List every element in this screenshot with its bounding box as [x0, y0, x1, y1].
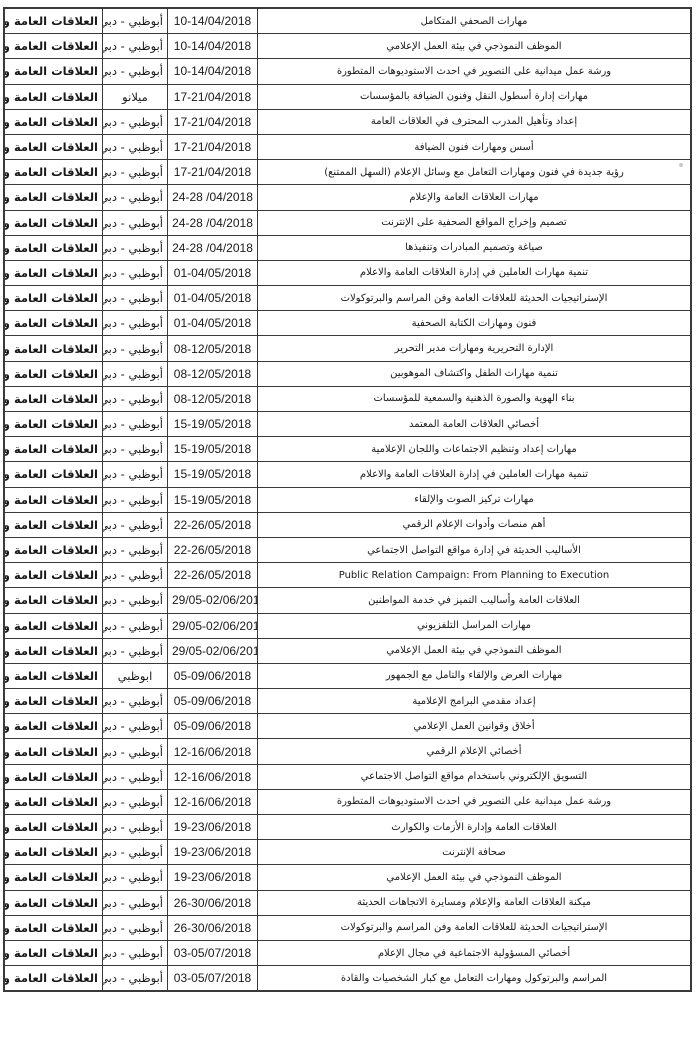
date-cell: 15-19/05/2018: [168, 462, 258, 487]
table-row: العلاقات العامة والإعلامأبوظبي - دبي15-1…: [4, 412, 691, 437]
course-title-cell: أخصائي العلاقات العامة المعتمد: [258, 412, 692, 437]
category-cell: العلاقات العامة والإعلام: [4, 613, 103, 638]
date-cell: 05-09/06/2018: [168, 663, 258, 688]
category-cell: العلاقات العامة والإعلام: [4, 361, 103, 386]
course-schedule-table: العلاقات العامة والإعلامأبوظبي - دبي10-1…: [3, 7, 692, 992]
table-row: العلاقات العامة والإعلامأبوظبي - دبي03-0…: [4, 940, 691, 965]
course-title-cell: مهارات إعداد وتنظيم الاجتماعات واللجان ا…: [258, 437, 692, 462]
table-row: العلاقات العامة والإعلامأبوظبي - دبي19-2…: [4, 815, 691, 840]
date-cell: 12-16/06/2018: [168, 764, 258, 789]
location-cell: أبوظبي - دبي: [103, 638, 168, 663]
location-cell: أبوظبي - دبي: [103, 613, 168, 638]
date-cell: 05-09/06/2018: [168, 714, 258, 739]
course-title-cell: أخلاق وقوانين العمل الإعلامي: [258, 714, 692, 739]
schedule-sheet: العلاقات العامة والإعلامأبوظبي - دبي10-1…: [3, 7, 692, 992]
category-cell: العلاقات العامة والإعلام: [4, 940, 103, 965]
location-cell: أبوظبي - دبي: [103, 59, 168, 84]
course-title-cell: العلاقات العامة وأساليب التميز في خدمة ا…: [258, 588, 692, 613]
category-cell: العلاقات العامة والإعلام: [4, 412, 103, 437]
category-cell: العلاقات العامة والإعلام: [4, 487, 103, 512]
date-cell: 17-21/04/2018: [168, 84, 258, 109]
category-cell: العلاقات العامة والإعلام: [4, 84, 103, 109]
course-title-cell: صياغة وتصميم المبادرات وتنفيذها: [258, 235, 692, 260]
location-cell: أبوظبي - دبي: [103, 210, 168, 235]
category-cell: العلاقات العامة والإعلام: [4, 764, 103, 789]
course-title-cell: الإستراتيجيات الحديثة للعلاقات العامة وف…: [258, 915, 692, 940]
table-row: العلاقات العامة والإعلامأبوظبي - دبي05-0…: [4, 714, 691, 739]
course-title-cell: مهارات الصحفي المتكامل: [258, 8, 692, 34]
table-row: العلاقات العامة والإعلامأبوظبي - دبي17-2…: [4, 160, 691, 185]
course-title-cell: أهم منصات وأدوات الإعلام الرقمي: [258, 512, 692, 537]
category-cell: العلاقات العامة والإعلام: [4, 512, 103, 537]
table-row: العلاقات العامة والإعلامأبوظبي - دبي17-2…: [4, 109, 691, 134]
date-cell: 15-19/05/2018: [168, 487, 258, 512]
date-cell: 24-28 /04/2018: [168, 210, 258, 235]
course-title-cell: مهارات المراسل التلفزيوني: [258, 613, 692, 638]
location-cell: أبوظبي - دبي: [103, 109, 168, 134]
date-cell: 17-21/04/2018: [168, 160, 258, 185]
category-cell: العلاقات العامة والإعلام: [4, 840, 103, 865]
location-cell: أبوظبي - دبي: [103, 437, 168, 462]
date-cell: 19-23/06/2018: [168, 815, 258, 840]
category-cell: العلاقات العامة والإعلام: [4, 966, 103, 992]
date-cell: 29/05-02/06/2018: [168, 638, 258, 663]
category-cell: العلاقات العامة والإعلام: [4, 59, 103, 84]
course-title-cell: صحافة الإنترنت: [258, 840, 692, 865]
table-row: العلاقات العامة والإعلامأبوظبي - دبي24-2…: [4, 185, 691, 210]
table-row: العلاقات العامة والإعلامأبوظبي - دبي29/0…: [4, 638, 691, 663]
date-cell: 08-12/05/2018: [168, 336, 258, 361]
location-cell: أبوظبي - دبي: [103, 890, 168, 915]
location-cell: أبوظبي - دبي: [103, 235, 168, 260]
location-cell: أبوظبي - دبي: [103, 537, 168, 562]
table-row: العلاقات العامة والإعلامأبوظبي - دبي12-1…: [4, 764, 691, 789]
category-cell: العلاقات العامة والإعلام: [4, 210, 103, 235]
course-title-cell: ميكنة العلاقات العامة والإعلام ومسايرة ا…: [258, 890, 692, 915]
course-title-cell: مهارات العرض والإلقاء والتامل مع الجمهور: [258, 663, 692, 688]
date-cell: 01-04/05/2018: [168, 286, 258, 311]
category-cell: العلاقات العامة والإعلام: [4, 286, 103, 311]
category-cell: العلاقات العامة والإعلام: [4, 638, 103, 663]
location-cell: أبوظبي - دبي: [103, 386, 168, 411]
date-cell: 12-16/06/2018: [168, 739, 258, 764]
table-row: العلاقات العامة والإعلامأبوظبي - دبي10-1…: [4, 8, 691, 34]
course-title-cell: ورشة عمل ميدانية على التصوير في احدث الا…: [258, 789, 692, 814]
table-row: العلاقات العامة والإعلامأبوظبي - دبي22-2…: [4, 512, 691, 537]
location-cell: أبوظبي - دبي: [103, 336, 168, 361]
date-cell: 05-09/06/2018: [168, 689, 258, 714]
course-title-cell: تنمية مهارات الطفل واكتشاف الموهوبين: [258, 361, 692, 386]
table-row: العلاقات العامة والإعلامأبوظبي - دبي01-0…: [4, 311, 691, 336]
date-cell: 03-05/07/2018: [168, 966, 258, 992]
table-row: العلاقات العامة والإعلامميلانو17-21/04/2…: [4, 84, 691, 109]
date-cell: 24-28 /04/2018: [168, 235, 258, 260]
date-cell: 19-23/06/2018: [168, 865, 258, 890]
category-cell: العلاقات العامة والإعلام: [4, 437, 103, 462]
course-title-cell: مهارات إدارة أسطول النقل وفنون الضيافة ب…: [258, 84, 692, 109]
course-title-cell: أسس ومهارات فنون الضيافة: [258, 134, 692, 159]
category-cell: العلاقات العامة والإعلام: [4, 689, 103, 714]
category-cell: العلاقات العامة والإعلام: [4, 109, 103, 134]
category-cell: العلاقات العامة والإعلام: [4, 185, 103, 210]
table-row: العلاقات العامة والإعلامأبوظبي - دبي26-3…: [4, 890, 691, 915]
location-cell: أبوظبي - دبي: [103, 689, 168, 714]
date-cell: 08-12/05/2018: [168, 386, 258, 411]
location-cell: أبوظبي - دبي: [103, 286, 168, 311]
category-cell: العلاقات العامة والإعلام: [4, 8, 103, 34]
category-cell: العلاقات العامة والإعلام: [4, 235, 103, 260]
category-cell: العلاقات العامة والإعلام: [4, 160, 103, 185]
course-title-cell: فنون ومهارات الكتابة الصحفية: [258, 311, 692, 336]
category-cell: العلاقات العامة والإعلام: [4, 915, 103, 940]
date-cell: 22-26/05/2018: [168, 563, 258, 588]
date-cell: 01-04/05/2018: [168, 260, 258, 285]
table-row: العلاقات العامة والإعلامأبوظبي - دبي17-2…: [4, 134, 691, 159]
table-row: العلاقات العامة والإعلامابوظبي05-09/06/2…: [4, 663, 691, 688]
date-cell: 10-14/04/2018: [168, 34, 258, 59]
category-cell: العلاقات العامة والإعلام: [4, 462, 103, 487]
course-title-cell: الأساليب الحديثة في إدارة مواقع التواصل …: [258, 537, 692, 562]
category-cell: العلاقات العامة والإعلام: [4, 815, 103, 840]
location-cell: أبوظبي - دبي: [103, 8, 168, 34]
category-cell: العلاقات العامة والإعلام: [4, 386, 103, 411]
table-row: العلاقات العامة والإعلامأبوظبي - دبي15-1…: [4, 487, 691, 512]
date-cell: 22-26/05/2018: [168, 512, 258, 537]
table-row: العلاقات العامة والإعلامأبوظبي - دبي22-2…: [4, 563, 691, 588]
table-row: العلاقات العامة والإعلامأبوظبي - دبي08-1…: [4, 336, 691, 361]
table-row: العلاقات العامة والإعلامأبوظبي - دبي19-2…: [4, 865, 691, 890]
table-row: العلاقات العامة والإعلامأبوظبي - دبي12-1…: [4, 739, 691, 764]
location-cell: أبوظبي - دبي: [103, 764, 168, 789]
course-title-cell: مهارات العلاقات العامة والإعلام: [258, 185, 692, 210]
location-cell: أبوظبي - دبي: [103, 840, 168, 865]
date-cell: 01-04/05/2018: [168, 311, 258, 336]
table-row: العلاقات العامة والإعلامأبوظبي - دبي29/0…: [4, 613, 691, 638]
location-cell: أبوظبي - دبي: [103, 739, 168, 764]
location-cell: أبوظبي - دبي: [103, 512, 168, 537]
category-cell: العلاقات العامة والإعلام: [4, 714, 103, 739]
location-cell: أبوظبي - دبي: [103, 361, 168, 386]
course-title-cell: الموظف النموذجي في بيئة العمل الإعلامي: [258, 34, 692, 59]
date-cell: 03-05/07/2018: [168, 940, 258, 965]
date-cell: 17-21/04/2018: [168, 109, 258, 134]
location-cell: أبوظبي - دبي: [103, 966, 168, 992]
table-row: العلاقات العامة والإعلامأبوظبي - دبي15-1…: [4, 462, 691, 487]
location-cell: أبوظبي - دبي: [103, 134, 168, 159]
date-cell: 12-16/06/2018: [168, 789, 258, 814]
course-title-cell: رؤية جديدة في فنون ومهارات التعامل مع وس…: [258, 160, 692, 185]
category-cell: العلاقات العامة والإعلام: [4, 34, 103, 59]
table-row: العلاقات العامة والإعلامأبوظبي - دبي01-0…: [4, 260, 691, 285]
course-title-cell: التسويق الإلكتروني باستخدام مواقع التواص…: [258, 764, 692, 789]
course-title-cell: أخصائي المسؤولية الاجتماعية في مجال الإع…: [258, 940, 692, 965]
table-row: العلاقات العامة والإعلامأبوظبي - دبي24-2…: [4, 210, 691, 235]
date-cell: 26-30/06/2018: [168, 890, 258, 915]
table-row: العلاقات العامة والإعلامأبوظبي - دبي12-1…: [4, 789, 691, 814]
date-cell: 26-30/06/2018: [168, 915, 258, 940]
date-cell: 29/05-02/06/2018: [168, 588, 258, 613]
category-cell: العلاقات العامة والإعلام: [4, 563, 103, 588]
category-cell: العلاقات العامة والإعلام: [4, 663, 103, 688]
location-cell: أبوظبي - دبي: [103, 412, 168, 437]
course-title-cell: إعداد مقدمي البرامج الإعلامية: [258, 689, 692, 714]
table-row: العلاقات العامة والإعلامأبوظبي - دبي10-1…: [4, 34, 691, 59]
course-title-cell: أخصائي الإعلام الرقمي: [258, 739, 692, 764]
table-row: العلاقات العامة والإعلامأبوظبي - دبي01-0…: [4, 286, 691, 311]
location-cell: أبوظبي - دبي: [103, 160, 168, 185]
table-row: العلاقات العامة والإعلامأبوظبي - دبي29/0…: [4, 588, 691, 613]
category-cell: العلاقات العامة والإعلام: [4, 789, 103, 814]
category-cell: العلاقات العامة والإعلام: [4, 336, 103, 361]
schedule-rows: العلاقات العامة والإعلامأبوظبي - دبي10-1…: [4, 8, 691, 991]
date-cell: 15-19/05/2018: [168, 412, 258, 437]
location-cell: أبوظبي - دبي: [103, 915, 168, 940]
course-title-cell: ورشة عمل ميدانية على التصوير في احدث الا…: [258, 59, 692, 84]
category-cell: العلاقات العامة والإعلام: [4, 260, 103, 285]
table-row: العلاقات العامة والإعلامأبوظبي - دبي26-3…: [4, 915, 691, 940]
table-row: العلاقات العامة والإعلامأبوظبي - دبي08-1…: [4, 386, 691, 411]
course-title-cell: الموظف النموذجي في بيئة العمل الإعلامي: [258, 865, 692, 890]
table-row: العلاقات العامة والإعلامأبوظبي - دبي03-0…: [4, 966, 691, 992]
location-cell: أبوظبي - دبي: [103, 815, 168, 840]
date-cell: 10-14/04/2018: [168, 8, 258, 34]
location-cell: أبوظبي - دبي: [103, 185, 168, 210]
location-cell: أبوظبي - دبي: [103, 588, 168, 613]
course-title-cell: المراسم والبرتوكول ومهارات التعامل مع كب…: [258, 966, 692, 992]
course-title-cell: الإستراتيجيات الحديثة للعلاقات العامة وف…: [258, 286, 692, 311]
table-row: العلاقات العامة والإعلامأبوظبي - دبي10-1…: [4, 59, 691, 84]
table-row: العلاقات العامة والإعلامأبوظبي - دبي05-0…: [4, 689, 691, 714]
category-cell: العلاقات العامة والإعلام: [4, 588, 103, 613]
category-cell: العلاقات العامة والإعلام: [4, 739, 103, 764]
course-title-cell: الإدارة التحريرية ومهارات مدير التحرير: [258, 336, 692, 361]
location-cell: أبوظبي - دبي: [103, 789, 168, 814]
location-cell: أبوظبي - دبي: [103, 462, 168, 487]
table-row: العلاقات العامة والإعلامأبوظبي - دبي24-2…: [4, 235, 691, 260]
location-cell: أبوظبي - دبي: [103, 487, 168, 512]
date-cell: 15-19/05/2018: [168, 437, 258, 462]
category-cell: العلاقات العامة والإعلام: [4, 865, 103, 890]
category-cell: العلاقات العامة والإعلام: [4, 890, 103, 915]
date-cell: 29/05-02/06/2018: [168, 613, 258, 638]
course-title-cell: الموظف النموذجي في بيئة العمل الإعلامي: [258, 638, 692, 663]
location-cell: ابوظبي: [103, 663, 168, 688]
table-row: العلاقات العامة والإعلامأبوظبي - دبي15-1…: [4, 437, 691, 462]
course-title-cell: بناء الهوية والصورة الذهنية والسمعية للم…: [258, 386, 692, 411]
category-cell: العلاقات العامة والإعلام: [4, 537, 103, 562]
course-title-cell: تصميم وإخراج المواقع الصحفية على الإنترن…: [258, 210, 692, 235]
category-cell: العلاقات العامة والإعلام: [4, 311, 103, 336]
date-cell: 10-14/04/2018: [168, 59, 258, 84]
table-row: العلاقات العامة والإعلامأبوظبي - دبي08-1…: [4, 361, 691, 386]
table-row: العلاقات العامة والإعلامأبوظبي - دبي19-2…: [4, 840, 691, 865]
scan-speck-dot-icon: [679, 163, 683, 167]
location-cell: أبوظبي - دبي: [103, 563, 168, 588]
course-title-cell: تنمية مهارات العاملين في إدارة العلاقات …: [258, 462, 692, 487]
date-cell: 22-26/05/2018: [168, 537, 258, 562]
location-cell: أبوظبي - دبي: [103, 940, 168, 965]
course-title-cell: Public Relation Campaign: From Planning …: [258, 563, 692, 588]
location-cell: أبوظبي - دبي: [103, 865, 168, 890]
location-cell: أبوظبي - دبي: [103, 714, 168, 739]
date-cell: 17-21/04/2018: [168, 134, 258, 159]
course-title-cell: العلاقات العامة وإدارة الأزمات والكوارث: [258, 815, 692, 840]
location-cell: أبوظبي - دبي: [103, 260, 168, 285]
course-title-cell: مهارات تركيز الصوت والإلقاء: [258, 487, 692, 512]
date-cell: 19-23/06/2018: [168, 840, 258, 865]
course-title-cell: إعداد وتأهيل المدرب المحترف في العلاقات …: [258, 109, 692, 134]
table-row: العلاقات العامة والإعلامأبوظبي - دبي22-2…: [4, 537, 691, 562]
date-cell: 24-28 /04/2018: [168, 185, 258, 210]
location-cell: ميلانو: [103, 84, 168, 109]
date-cell: 08-12/05/2018: [168, 361, 258, 386]
course-title-cell: تنمية مهارات العاملين في إدارة العلاقات …: [258, 260, 692, 285]
location-cell: أبوظبي - دبي: [103, 34, 168, 59]
location-cell: أبوظبي - دبي: [103, 311, 168, 336]
category-cell: العلاقات العامة والإعلام: [4, 134, 103, 159]
